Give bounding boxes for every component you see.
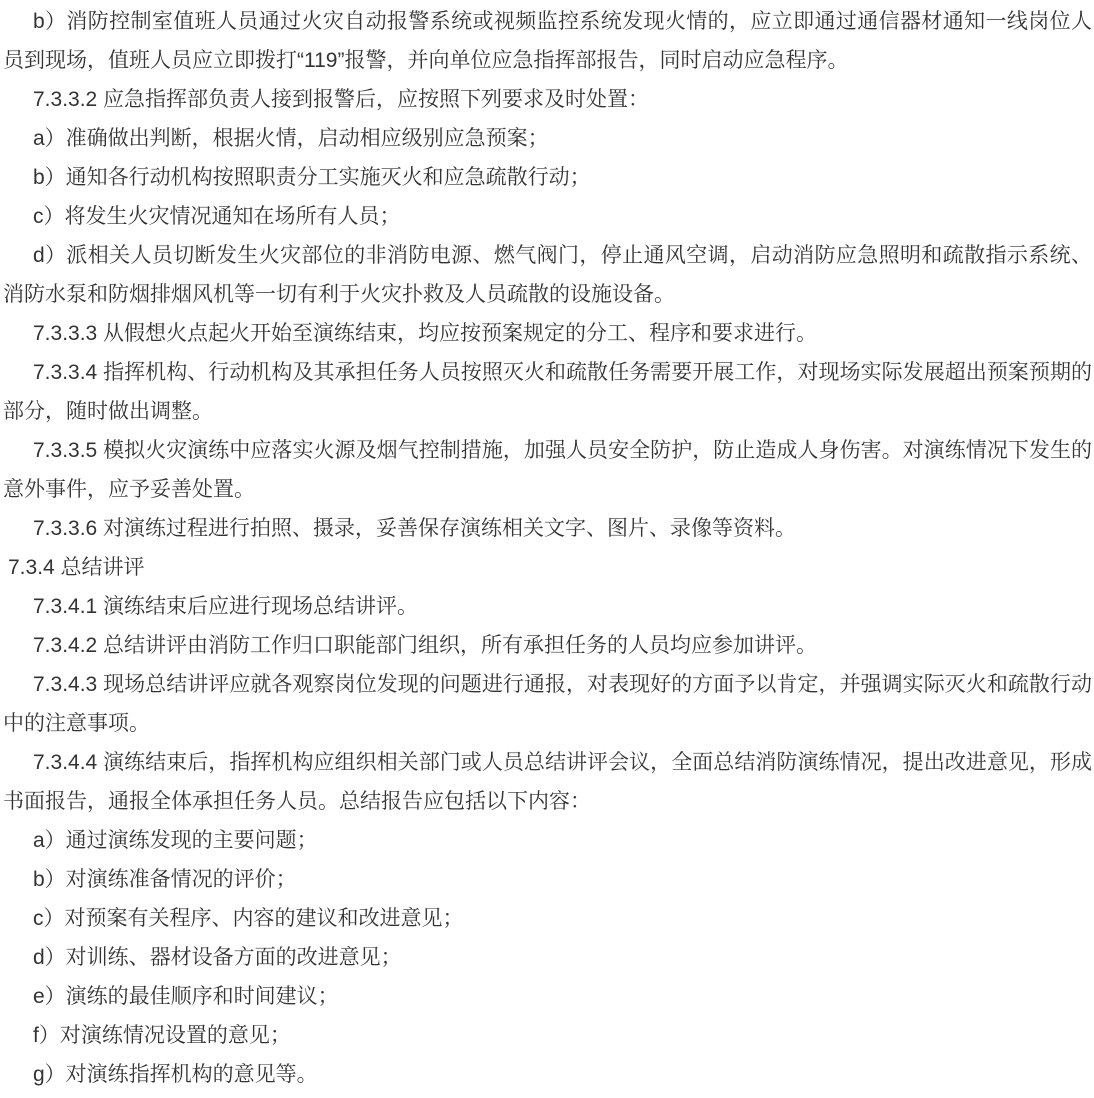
document-page: b）消防控制室值班人员通过火灾自动报警系统或视频监控系统发现火情的，应立即通过通… — [3, 2, 1092, 1094]
report-item-b: b）对演练准备情况的评价； — [3, 860, 1092, 899]
clause-7-3-3-4: 7.3.3.4 指挥机构、行动机构及其承担任务人员按照灭火和疏散任务需要开展工作… — [3, 353, 1092, 431]
clause-7-3-4-2: 7.3.4.2 总结讲评由消防工作归口职能部门组织，所有承担任务的人员均应参加讲… — [3, 626, 1092, 665]
report-item-e: e）演练的最佳顺序和时间建议； — [3, 977, 1092, 1016]
report-item-c: c）对预案有关程序、内容的建议和改进意见； — [3, 899, 1092, 938]
report-item-g: g）对演练指挥机构的意见等。 — [3, 1055, 1092, 1094]
list-item-a: a）准确做出判断，根据火情，启动相应级别应急预案； — [3, 119, 1092, 158]
report-item-f: f）对演练情况设置的意见； — [3, 1016, 1092, 1055]
clause-7-3-4-1: 7.3.4.1 演练结束后应进行现场总结讲评。 — [3, 587, 1092, 626]
report-item-d: d）对训练、器材设备方面的改进意见； — [3, 938, 1092, 977]
clause-7-3-3-5: 7.3.3.5 模拟火灾演练中应落实火源及烟气控制措施，加强人员安全防护，防止造… — [3, 431, 1092, 509]
clause-b-control-room: b）消防控制室值班人员通过火灾自动报警系统或视频监控系统发现火情的，应立即通过通… — [3, 2, 1092, 80]
list-item-b: b）通知各行动机构按照职责分工实施灭火和应急疏散行动； — [3, 158, 1092, 197]
clause-7-3-3-3: 7.3.3.3 从假想火点起火开始至演练结束，均应按预案规定的分工、程序和要求进… — [3, 314, 1092, 353]
heading-7-3-4: 7.3.4 总结讲评 — [3, 548, 1092, 587]
list-item-c: c）将发生火灾情况通知在场所有人员； — [3, 197, 1092, 236]
report-item-a: a）通过演练发现的主要问题； — [3, 821, 1092, 860]
clause-7-3-3-6: 7.3.3.6 对演练过程进行拍照、摄录，妥善保存演练相关文字、图片、录像等资料… — [3, 509, 1092, 548]
clause-7-3-3-2: 7.3.3.2 应急指挥部负责人接到报警后，应按照下列要求及时处置： — [3, 80, 1092, 119]
clause-7-3-4-4: 7.3.4.4 演练结束后，指挥机构应组织相关部门或人员总结讲评会议，全面总结消… — [3, 743, 1092, 821]
list-item-d: d）派相关人员切断发生火灾部位的非消防电源、燃气阀门，停止通风空调，启动消防应急… — [3, 236, 1092, 314]
clause-7-3-4-3: 7.3.4.3 现场总结讲评应就各观察岗位发现的问题进行通报，对表现好的方面予以… — [3, 665, 1092, 743]
